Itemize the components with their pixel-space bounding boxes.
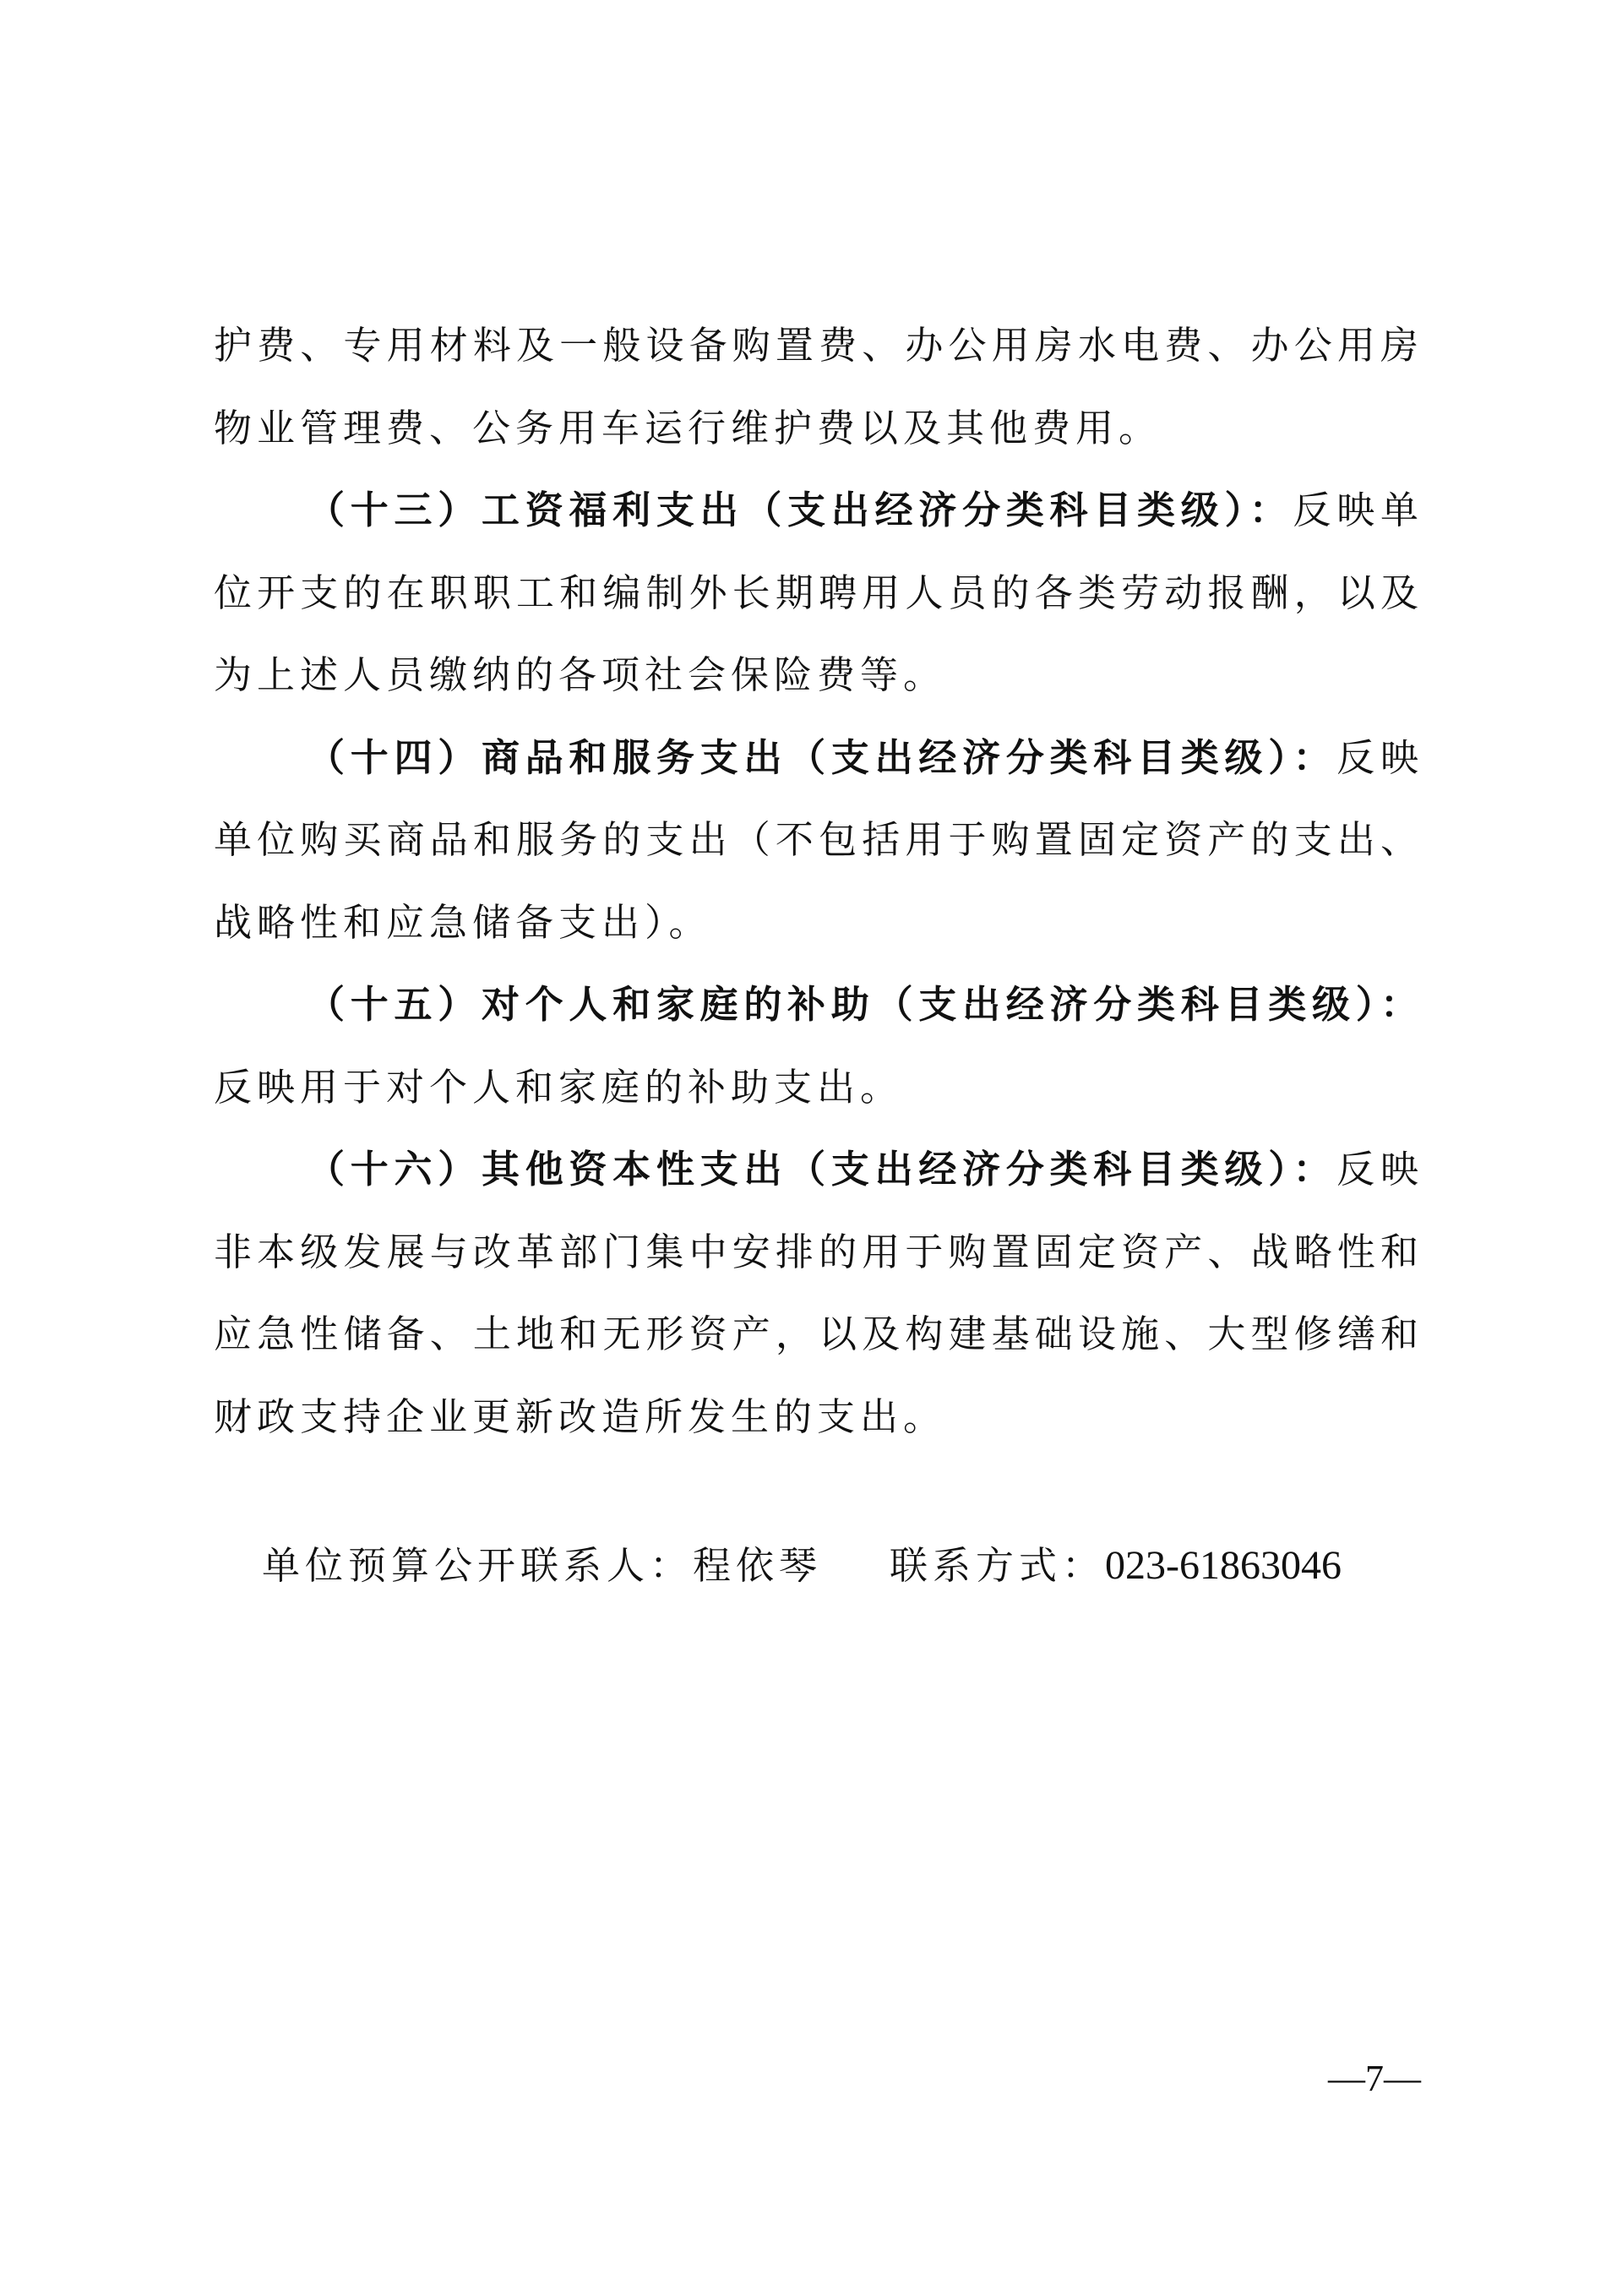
paragraph-heading: （十六）其他资本性支出（支出经济分类科目类级）： bbox=[307, 1147, 1336, 1192]
paragraph-heading: （十五）对个人和家庭的补助（支出经济分类科目类级）： bbox=[307, 982, 1423, 1027]
contact-person-label: 单位预算公开联系人： bbox=[262, 1543, 693, 1588]
body-text: 护费、专用材料及一般设备购置费、办公用房水电费、办公用房物业管理费、公务用车运行… bbox=[214, 304, 1423, 1458]
paragraph-heading: （十三）工资福利支出（支出经济分类科目类级）： bbox=[307, 488, 1293, 532]
paragraph-continuation: 护费、专用材料及一般设备购置费、办公用房水电费、办公用房物业管理费、公务用车运行… bbox=[214, 304, 1423, 469]
contact-phone: 023-61863046 bbox=[1105, 1543, 1342, 1588]
paragraph-text: 护费、专用材料及一般设备购置费、办公用房水电费、办公用房物业管理费、公务用车运行… bbox=[214, 323, 1423, 450]
contact-method-label: 联系方式： bbox=[890, 1543, 1105, 1588]
paragraph-other-capital: （十六）其他资本性支出（支出经济分类科目类级）：反映非本级发展与改革部门集中安排… bbox=[214, 1128, 1423, 1458]
paragraph-wage-welfare: （十三）工资福利支出（支出经济分类科目类级）：反映单位开支的在职职工和编制外长期… bbox=[214, 469, 1423, 717]
paragraph-goods-services: （十四）商品和服务支出（支出经济分类科目类级）：反映单位购买商品和服务的支出（不… bbox=[214, 717, 1423, 964]
contact-person-name: 程依琴 bbox=[693, 1543, 822, 1588]
page-number: —7— bbox=[1328, 2053, 1421, 2104]
document-page: 护费、专用材料及一般设备购置费、办公用房水电费、办公用房物业管理费、公务用车运行… bbox=[0, 0, 1622, 2296]
paragraph-heading: （十四）商品和服务支出（支出经济分类科目类级）： bbox=[307, 735, 1336, 780]
paragraph-household-subsidy: （十五）对个人和家庭的补助（支出经济分类科目类级）：反映用于对个人和家庭的补助支… bbox=[214, 963, 1423, 1128]
contact-line: 单位预算公开联系人：程依琴联系方式：023-61863046 bbox=[262, 1528, 1342, 1604]
paragraph-text: 反映用于对个人和家庭的补助支出。 bbox=[214, 1065, 903, 1110]
